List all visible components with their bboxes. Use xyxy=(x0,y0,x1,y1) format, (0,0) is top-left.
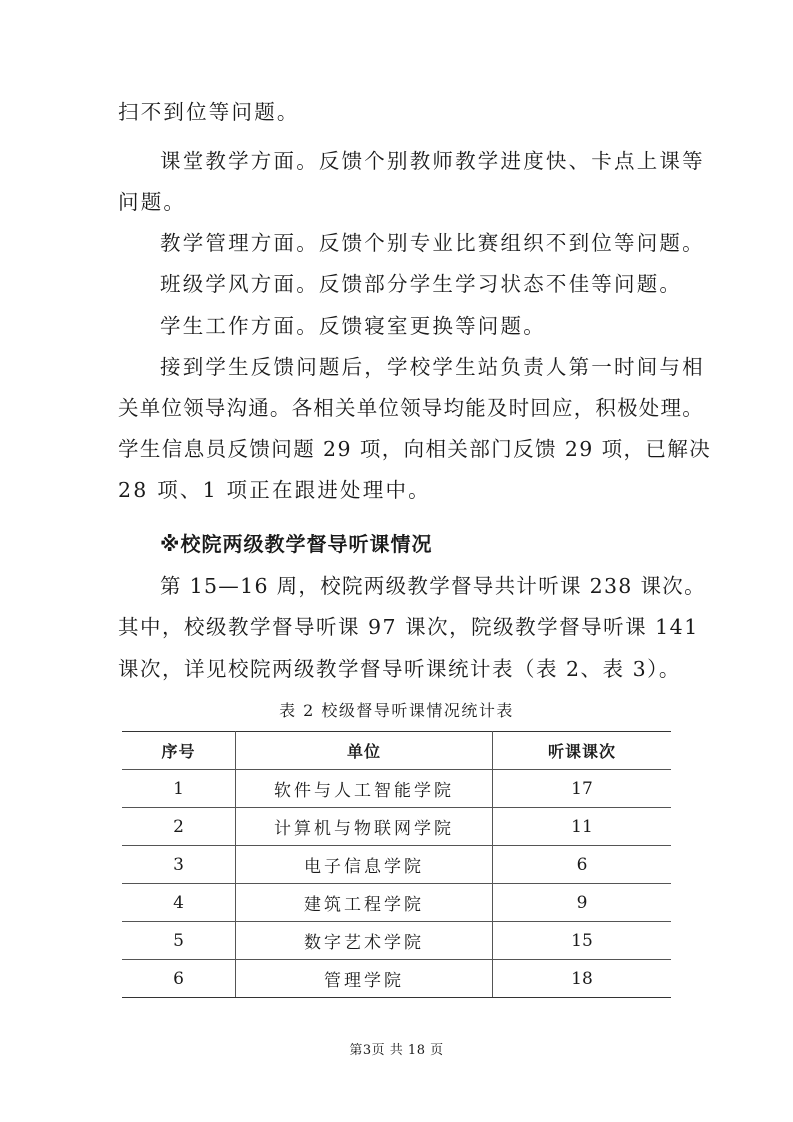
page-footer: 第3页 共 18 页 xyxy=(0,1039,793,1058)
cell-unit: 软件与人工智能学院 xyxy=(236,770,493,808)
paragraph-line: 教学管理方面。反馈个别专业比赛组织不到位等问题。 xyxy=(160,229,705,257)
header-index: 序号 xyxy=(122,732,236,770)
table-caption: 表 2 校级督导听课情况统计表 xyxy=(0,698,793,721)
paragraph-line: 学生工作方面。反馈寝室更换等问题。 xyxy=(160,312,546,340)
supervision-stats-table: 序号 单位 听课课次 1 软件与人工智能学院 17 2 计算机与物联网学院 11… xyxy=(122,731,671,998)
paragraph-line: 28 项、1 项正在跟进处理中。 xyxy=(118,476,431,504)
header-count: 听课课次 xyxy=(493,732,672,770)
table-row: 3 电子信息学院 6 xyxy=(122,846,671,884)
table-row: 2 计算机与物联网学院 11 xyxy=(122,808,671,846)
table-row: 4 建筑工程学院 9 xyxy=(122,884,671,922)
cell-unit: 数字艺术学院 xyxy=(236,922,493,960)
paragraph-line: 学生信息员反馈问题 29 项，向相关部门反馈 29 项，已解决 xyxy=(118,435,711,463)
cell-index: 5 xyxy=(122,922,236,960)
section-line: 第 15—16 周，校院两级教学督导共计听课 238 课次。 xyxy=(160,572,706,600)
section-line: 课次，详见校院两级教学督导听课统计表（表 2、表 3）。 xyxy=(118,655,681,683)
cell-unit: 建筑工程学院 xyxy=(236,884,493,922)
paragraph-line: 关单位领导沟通。各相关单位领导均能及时回应，积极处理。 xyxy=(118,394,704,422)
paragraph-line: 班级学风方面。反馈部分学生学习状态不佳等问题。 xyxy=(160,270,682,298)
table-row: 1 软件与人工智能学院 17 xyxy=(122,770,671,808)
cell-count: 17 xyxy=(493,770,672,808)
paragraph-line: 接到学生反馈问题后，学校学生站负责人第一时间与相 xyxy=(160,353,705,381)
cell-index: 2 xyxy=(122,808,236,846)
section-line: 其中，校级教学督导听课 97 课次，院级教学督导听课 141 xyxy=(118,613,699,641)
paragraph-line: 扫不到位等问题。 xyxy=(118,98,300,126)
table-header-row: 序号 单位 听课课次 xyxy=(122,732,671,770)
cell-count: 11 xyxy=(493,808,672,846)
table-row: 5 数字艺术学院 15 xyxy=(122,922,671,960)
cell-index: 1 xyxy=(122,770,236,808)
cell-count: 6 xyxy=(493,846,672,884)
paragraph-line: 课堂教学方面。反馈个别教师教学进度快、卡点上课等 xyxy=(160,147,705,175)
section-heading: ※校院两级教学督导听课情况 xyxy=(160,530,432,558)
cell-index: 3 xyxy=(122,846,236,884)
cell-count: 15 xyxy=(493,922,672,960)
table-row: 6 管理学院 18 xyxy=(122,960,671,998)
cell-unit: 电子信息学院 xyxy=(236,846,493,884)
header-unit: 单位 xyxy=(236,732,493,770)
cell-count: 18 xyxy=(493,960,672,998)
cell-count: 9 xyxy=(493,884,672,922)
paragraph-line: 问题。 xyxy=(118,188,186,216)
cell-index: 6 xyxy=(122,960,236,998)
cell-unit: 计算机与物联网学院 xyxy=(236,808,493,846)
cell-index: 4 xyxy=(122,884,236,922)
cell-unit: 管理学院 xyxy=(236,960,493,998)
